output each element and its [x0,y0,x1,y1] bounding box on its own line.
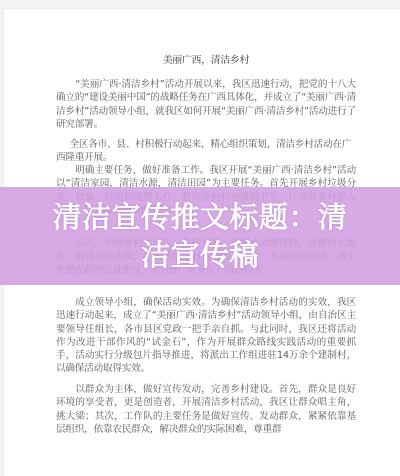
document-title: 美丽广西，清洁乡村 [56,52,356,66]
paragraph-leadership: 成立领导小组，确保活动实效。为确保清洁乡村活动的实效，我区迅速行动起来，成立了“… [56,296,356,376]
paragraph-action: 全区各市、县、村积极行动起来，精心组织策划，清洁乡村活动在广西隆重开展。 [56,138,356,165]
paragraph-intro: “美丽广西·清洁乡村”活动开展以来，我区迅速行动，把党的十八大确立的“建设美丽中… [56,78,356,131]
title-banner: 清洁宣传推文标题：清洁宣传稿 [0,187,400,285]
paragraph-masses: 以群众为主体，做好宣传发动，完善乡村建设。首先，群众是良好环境的享受者，更是创造… [56,383,356,436]
banner-title: 清洁宣传推文标题：清洁宣传稿 [40,198,360,274]
